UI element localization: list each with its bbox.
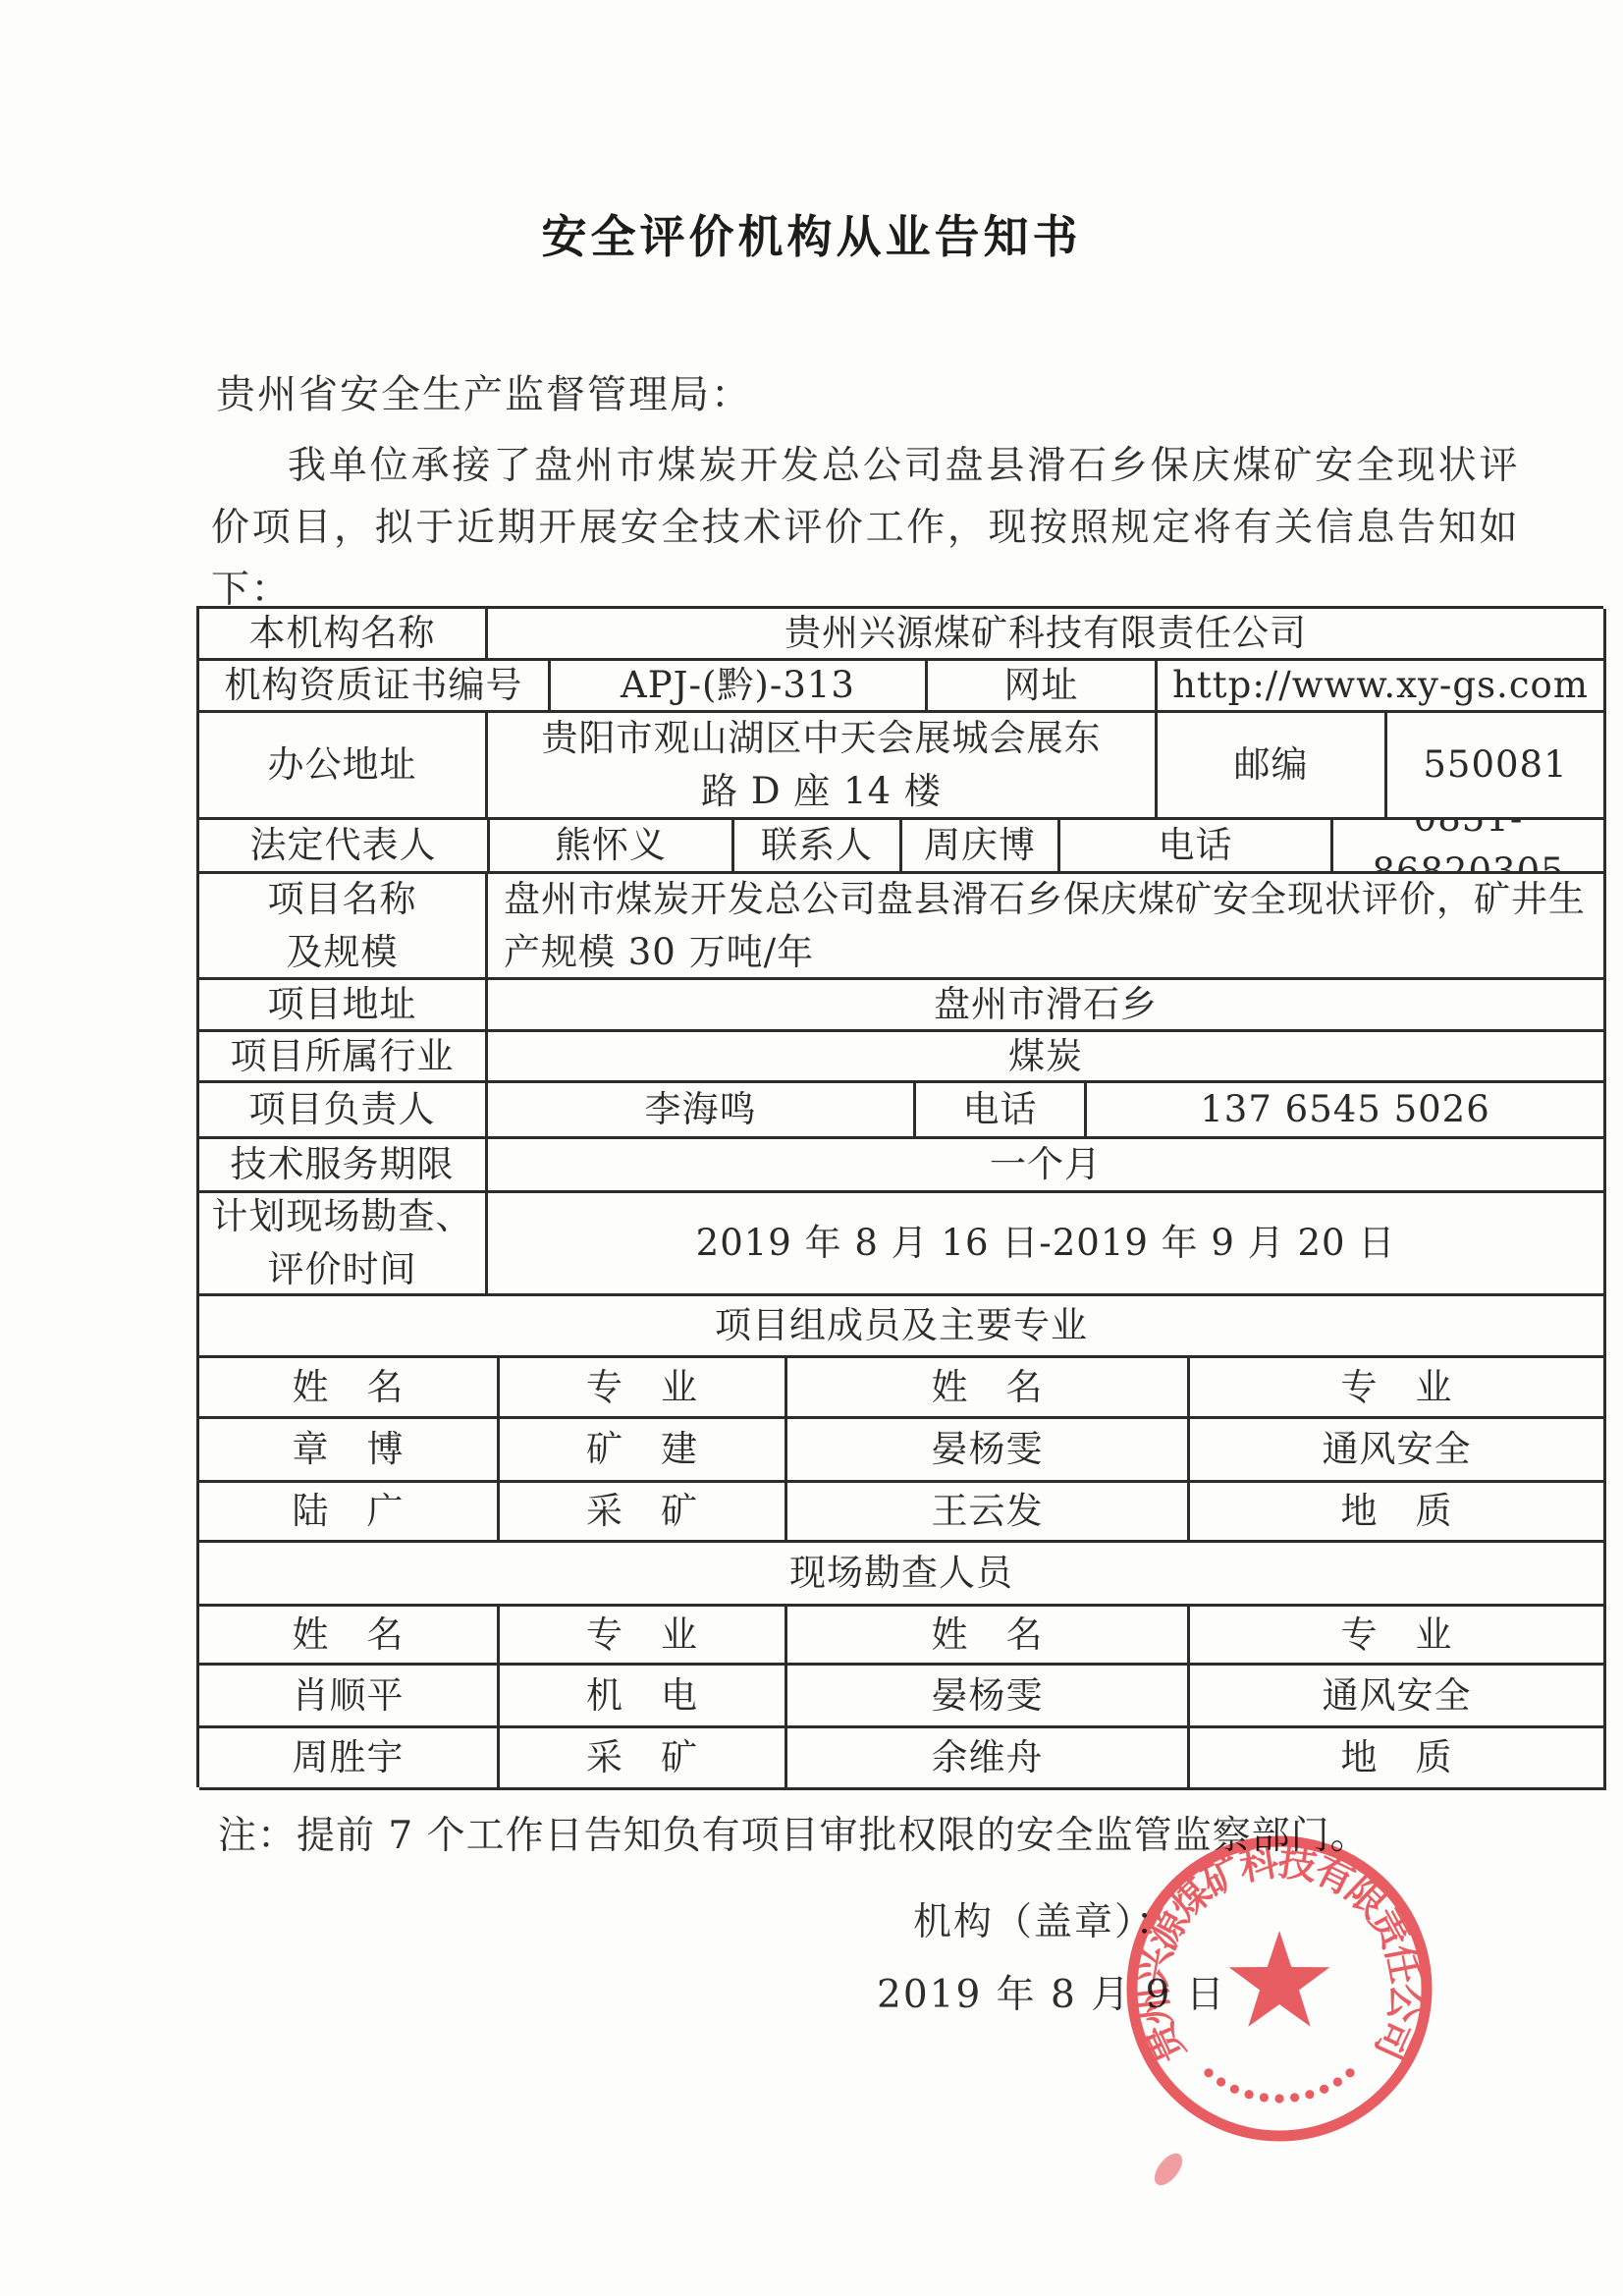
org-name-label: 本机构名称 — [199, 609, 488, 661]
project-name-label: 项目名称 及规模 — [199, 874, 488, 980]
team-row-cell: 通风安全 — [1190, 1419, 1606, 1483]
document-title: 安全评价机构从业告知书 — [0, 201, 1623, 266]
survey-header-major-2: 专 业 — [1190, 1607, 1606, 1666]
team-row-cell: 晏杨雯 — [787, 1419, 1190, 1483]
service-value: 一个月 — [488, 1139, 1606, 1193]
website-label: 网址 — [928, 661, 1158, 713]
contact-value: 周庆博 — [902, 820, 1060, 874]
stamp-dots — [1204, 2068, 1354, 2103]
office-value: 贵阳市观山湖区中天会展城会展东路 D 座 14 楼 — [488, 713, 1158, 820]
team-row-cell: 矿 建 — [500, 1419, 787, 1483]
team-section-title: 项目组成员及主要专业 — [199, 1296, 1606, 1358]
schedule-label: 计划现场勘查、 评价时间 — [199, 1193, 488, 1296]
service-label: 技术服务期限 — [199, 1139, 488, 1193]
survey-header-name-2: 姓 名 — [787, 1607, 1190, 1666]
pm-tel-label: 电话 — [916, 1083, 1087, 1139]
website-value: http://www.xy-gs.com — [1158, 661, 1606, 713]
team-row-cell: 地 质 — [1190, 1483, 1606, 1543]
survey-header-name-1: 姓 名 — [199, 1607, 500, 1666]
pm-value: 李海鸣 — [488, 1083, 916, 1139]
survey-row-cell: 通风安全 — [1190, 1666, 1606, 1728]
company-stamp-icon: 贵州兴源煤矿科技有限责任公司 — [1117, 1827, 1441, 2151]
team-row-cell: 采 矿 — [500, 1483, 787, 1543]
document-page: 安全评价机构从业告知书 贵州省安全生产监督管理局： 我单位承接了盘州市煤炭开发总… — [0, 0, 1623, 2296]
legal-rep-label: 法定代表人 — [199, 820, 490, 874]
addressee-line: 贵州省安全生产监督管理局： — [216, 363, 752, 419]
team-row-cell: 王云发 — [787, 1483, 1190, 1543]
postcode-label: 邮编 — [1158, 713, 1387, 820]
team-header-name-2: 姓 名 — [787, 1358, 1190, 1419]
pm-tel-value: 137 6545 5026 — [1087, 1083, 1606, 1139]
project-addr-value: 盘州市滑石乡 — [488, 980, 1606, 1032]
project-addr-label: 项目地址 — [199, 980, 488, 1032]
legal-rep-value: 熊怀义 — [490, 820, 734, 874]
project-name-value: 盘州市煤炭开发总公司盘县滑石乡保庆煤矿安全现状评价，矿井生产规模 30 万吨/年 — [488, 874, 1606, 980]
industry-value: 煤炭 — [488, 1032, 1606, 1083]
survey-section-title: 现场勘查人员 — [199, 1543, 1606, 1607]
tel-value: 0851-86820305 — [1333, 820, 1606, 874]
survey-header-major-1: 专 业 — [500, 1607, 787, 1666]
stamp-smudge — [1149, 2149, 1187, 2190]
cert-label: 机构资质证书编号 — [199, 661, 551, 713]
team-header-major-2: 专 业 — [1190, 1358, 1606, 1419]
survey-row-cell: 机 电 — [500, 1666, 787, 1728]
survey-row-cell: 余维舟 — [787, 1728, 1190, 1790]
survey-row-cell: 晏杨雯 — [787, 1666, 1190, 1728]
tel-label: 电话 — [1060, 820, 1333, 874]
survey-row-cell: 周胜宇 — [199, 1728, 500, 1790]
survey-row-cell: 地 质 — [1190, 1728, 1606, 1790]
contact-label: 联系人 — [734, 820, 902, 874]
survey-row-cell: 肖顺平 — [199, 1666, 500, 1728]
team-row-cell: 陆 广 — [199, 1483, 500, 1543]
schedule-value: 2019 年 8 月 16 日-2019 年 9 月 20 日 — [488, 1193, 1606, 1296]
team-row-cell: 章 博 — [199, 1419, 500, 1483]
team-header-name-1: 姓 名 — [199, 1358, 500, 1419]
industry-label: 项目所属行业 — [199, 1032, 488, 1083]
office-label: 办公地址 — [199, 713, 488, 820]
info-table: 本机构名称 贵州兴源煤矿科技有限责任公司 机构资质证书编号 APJ-(黔)-31… — [196, 606, 1603, 1787]
stamp-star-icon — [1229, 1931, 1330, 2027]
team-header-major-1: 专 业 — [500, 1358, 787, 1419]
pm-label: 项目负责人 — [199, 1083, 488, 1139]
cert-value: APJ-(黔)-313 — [551, 661, 928, 713]
survey-row-cell: 采 矿 — [500, 1728, 787, 1790]
org-name-value: 贵州兴源煤矿科技有限责任公司 — [488, 609, 1606, 661]
intro-paragraph: 我单位承接了盘州市煤炭开发总公司盘县滑石乡保庆煤矿安全现状评价项目，拟于近期开展… — [211, 435, 1519, 621]
postcode-value: 550081 — [1387, 713, 1606, 820]
